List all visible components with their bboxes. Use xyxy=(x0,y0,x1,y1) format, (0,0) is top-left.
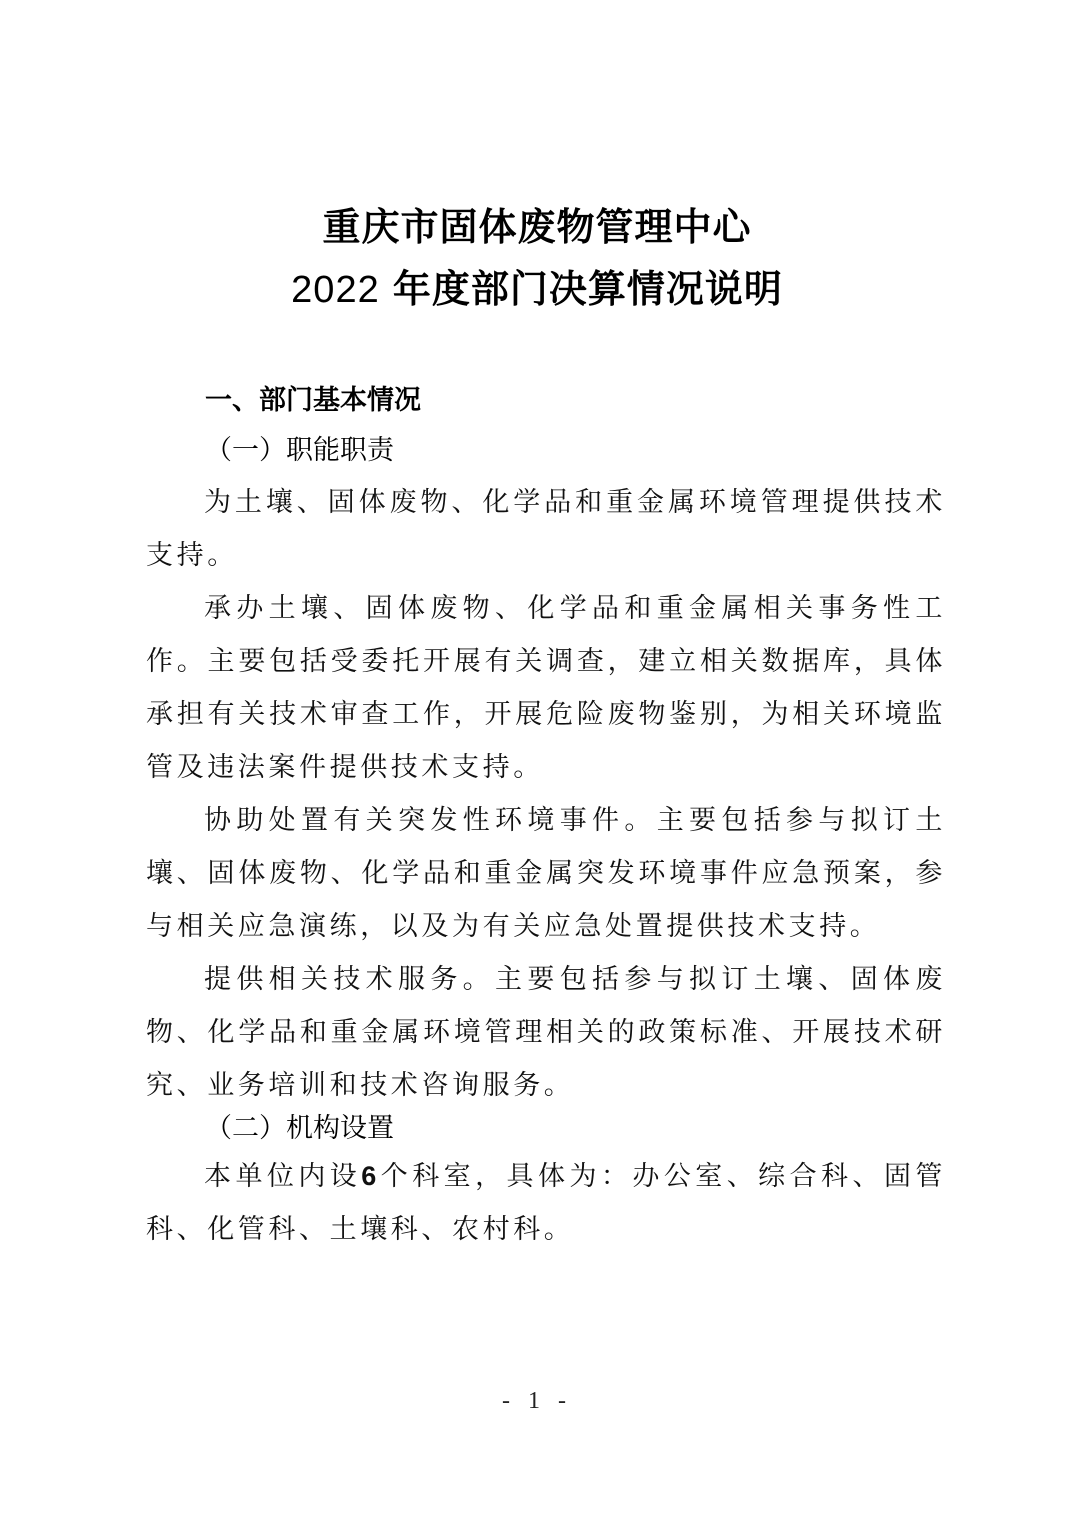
section-heading-basic-info: 一、部门基本情况 xyxy=(205,378,421,417)
paragraph-duty-1: 为土壤、固体废物、化学品和重金属环境管理提供技术支持。 xyxy=(146,476,946,582)
document-title-line2: 2022 年度部门决算情况说明 xyxy=(0,258,1074,313)
org-prefix: 本单位内设 xyxy=(204,1161,361,1192)
org-count: 6 xyxy=(361,1161,380,1191)
document-title-line1: 重庆市固体废物管理中心 xyxy=(0,196,1074,251)
subsection-heading-organization: （二）机构设置 xyxy=(205,1106,394,1145)
document-page: 重庆市固体废物管理中心 2022 年度部门决算情况说明 一、部门基本情况 （一）… xyxy=(0,0,1074,1520)
title-rest: 年度部门决算情况说明 xyxy=(393,266,783,311)
paragraph-duty-2: 承办土壤、固体废物、化学品和重金属相关事务性工作。主要包括受委托开展有关调查，建… xyxy=(146,582,946,794)
title-year: 2022 xyxy=(291,269,380,311)
page-number: - 1 - xyxy=(0,1388,1074,1415)
paragraph-duty-4: 提供相关技术服务。主要包括参与拟订土壤、固体废物、化学品和重金属环境管理相关的政… xyxy=(146,953,946,1112)
paragraph-organization: 本单位内设6个科室，具体为：办公室、综合科、固管科、化管科、土壤科、农村科。 xyxy=(146,1150,946,1256)
paragraph-duty-3: 协助处置有关突发性环境事件。主要包括参与拟订土壤、固体废物、化学品和重金属突发环… xyxy=(146,794,946,953)
subsection-heading-duties: （一）职能职责 xyxy=(205,428,394,467)
